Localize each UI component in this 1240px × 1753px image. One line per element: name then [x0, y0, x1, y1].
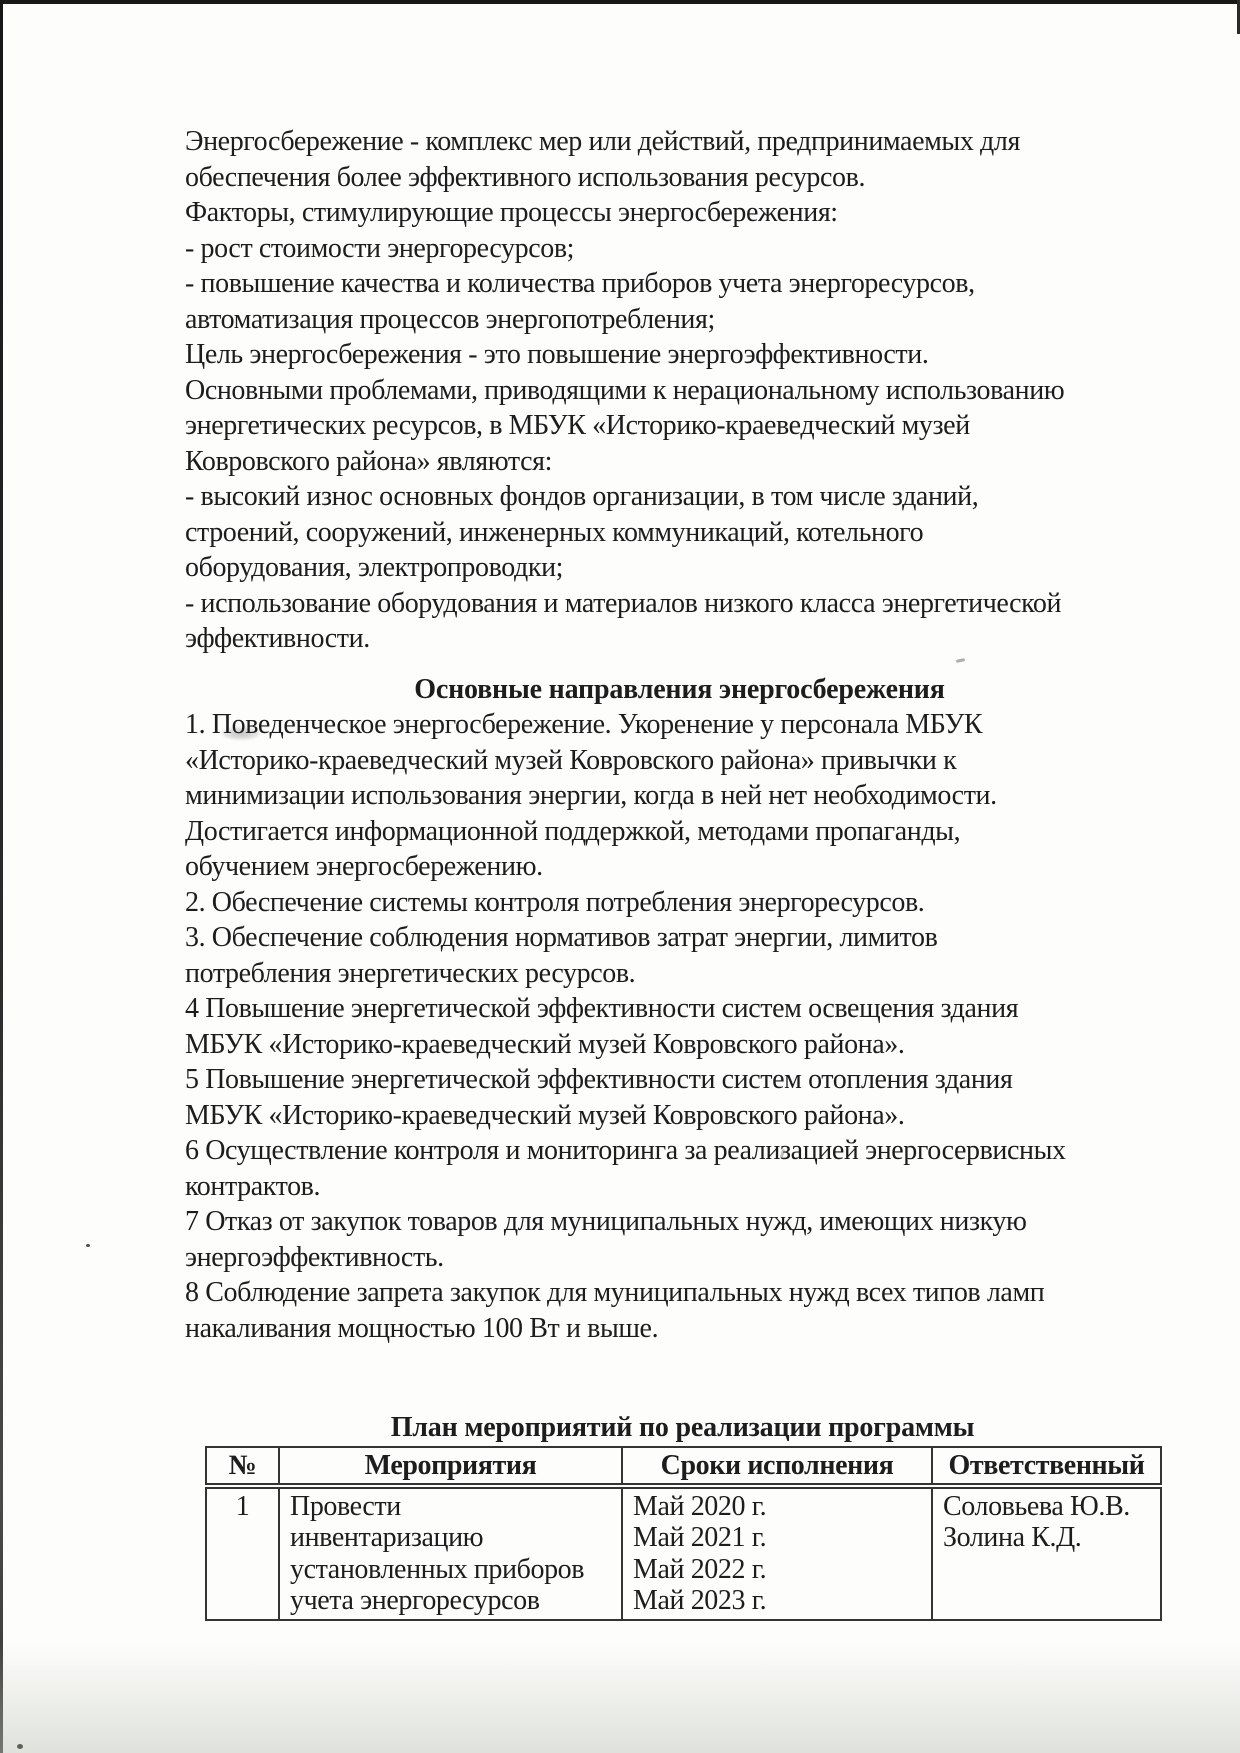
text-line: Соловьева Ю.В.: [943, 1491, 1160, 1523]
text-line: обеспечения более эффективного использов…: [185, 160, 1100, 196]
cell-row-number: 1: [206, 1486, 279, 1620]
text-line: «Историко-краеведческий музей Ковровског…: [185, 743, 1100, 779]
cell-responsible: Соловьева Ю.В.Золина К.Д.: [932, 1486, 1161, 1620]
scan-artifact-speck: [17, 1744, 23, 1749]
text-line: Энергосбережение - комплекс мер или дейс…: [185, 124, 1100, 160]
text-line: учета энергоресурсов: [290, 1585, 621, 1617]
cell-activity: Провестиинвентаризациюустановленных приб…: [279, 1486, 622, 1620]
section-heading: Основные направления энергосбережения: [259, 672, 1100, 708]
scan-artifact-left-edge: [0, 0, 3, 1753]
scan-artifact-top-edge: [0, 0, 1240, 4]
plan-table-header-row: № Мероприятия Сроки исполнения Ответстве…: [206, 1447, 1161, 1486]
column-header-activities: Мероприятия: [279, 1447, 622, 1486]
text-line: - использование оборудования и материало…: [185, 586, 1100, 622]
cell-deadlines: Май 2020 г.Май 2021 г.Май 2022 г.Май 202…: [622, 1486, 932, 1620]
text-line: автоматизация процессов энергопотреблени…: [185, 302, 1100, 338]
text-line: - повышение качества и количества прибор…: [185, 266, 1100, 302]
text-line: 8 Соблюдение запрета закупок для муницип…: [185, 1275, 1100, 1311]
text-line: энергетических ресурсов, в МБУК «Историк…: [185, 408, 1100, 444]
text-line: контрактов.: [185, 1169, 1100, 1205]
text-line: Золина К.Д.: [943, 1522, 1160, 1554]
plan-table: № Мероприятия Сроки исполнения Ответстве…: [205, 1446, 1162, 1621]
text-line: 1. Поведенческое энергосбережение. Укоре…: [185, 707, 1100, 743]
text-line: Цель энергосбережения - это повышение эн…: [185, 337, 1100, 373]
text-line: инвентаризацию: [290, 1522, 621, 1554]
text-line: 2. Обеспечение системы контроля потребле…: [185, 885, 1100, 921]
scan-artifact-bottom-tint: [0, 1643, 1240, 1753]
text-line: Факторы, стимулирующие процессы энергосб…: [185, 195, 1100, 231]
table-row: 1 Провестиинвентаризациюустановленных пр…: [206, 1486, 1161, 1620]
text-line: установленных приборов: [290, 1554, 621, 1586]
scan-artifact-speck: [86, 1244, 90, 1247]
text-line: Май 2023 г.: [633, 1585, 931, 1617]
document-body: Энергосбережение - комплекс мер или дейс…: [185, 124, 1100, 1621]
text-line: Достигается информационной поддержкой, м…: [185, 814, 1100, 850]
text-line: МБУК «Историко-краеведческий музей Ковро…: [185, 1027, 1100, 1063]
text-line: 5 Повышение энергетической эффективности…: [185, 1062, 1100, 1098]
text-line: 6 Осуществление контроля и мониторинга з…: [185, 1133, 1100, 1169]
text-line: Провести: [290, 1491, 621, 1523]
text-line: 4 Повышение энергетической эффективности…: [185, 991, 1100, 1027]
scanned-document-page: Энергосбережение - комплекс мер или дейс…: [0, 0, 1240, 1753]
text-line: Основными проблемами, приводящими к нера…: [185, 373, 1100, 409]
text-line: 3. Обеспечение соблюдения нормативов зат…: [185, 920, 1100, 956]
plan-table-title: План мероприятий по реализации программы: [205, 1410, 1160, 1446]
text-line: Май 2021 г.: [633, 1522, 931, 1554]
text-line: потребления энергетических ресурсов.: [185, 956, 1100, 992]
directions-list: 1. Поведенческое энергосбережение. Укоре…: [185, 707, 1100, 1346]
intro-paragraph: Энергосбережение - комплекс мер или дейс…: [185, 124, 1100, 657]
column-header-deadlines: Сроки исполнения: [622, 1447, 932, 1486]
text-line: строений, сооружений, инженерных коммуни…: [185, 515, 1100, 551]
column-header-number: №: [206, 1447, 279, 1486]
text-line: 7 Отказ от закупок товаров для муниципал…: [185, 1204, 1100, 1240]
text-line: - высокий износ основных фондов организа…: [185, 479, 1100, 515]
text-line: минимизации использования энергии, когда…: [185, 778, 1100, 814]
text-line: МБУК «Историко-краеведческий музей Ковро…: [185, 1098, 1100, 1134]
text-line: - рост стоимости энергоресурсов;: [185, 231, 1100, 267]
text-line: Май 2022 г.: [633, 1554, 931, 1586]
text-line: накаливания мощностью 100 Вт и выше.: [185, 1311, 1100, 1347]
text-line: обучением энергосбережению.: [185, 849, 1100, 885]
text-line: энергоэффективность.: [185, 1240, 1100, 1276]
text-line: эффективности.: [185, 621, 1100, 657]
text-line: оборудования, электропроводки;: [185, 550, 1100, 586]
column-header-responsible: Ответственный: [932, 1447, 1161, 1486]
text-line: Май 2020 г.: [633, 1491, 931, 1523]
text-line: Ковровского района» являются:: [185, 444, 1100, 480]
